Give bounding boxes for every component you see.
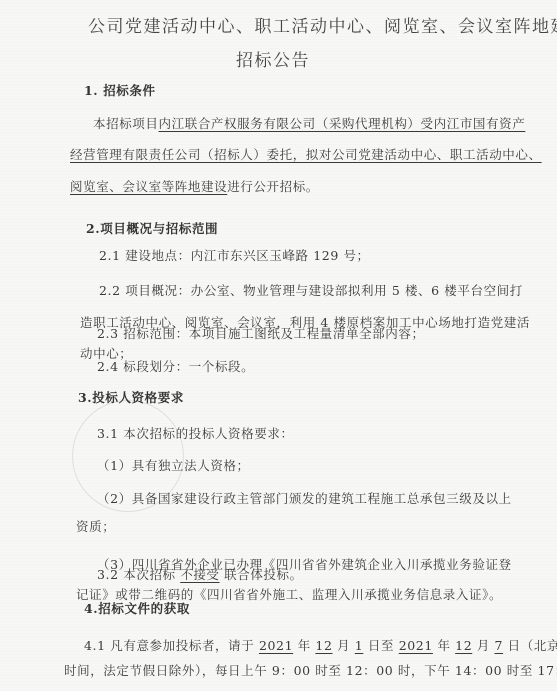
section-3-heading: 3.投标人资格要求 (78, 388, 184, 406)
title-line-2: 招标公告 (236, 46, 310, 71)
section-1-para-line-2: 经营管理有限责任公司（招标人）委托，拟对公司党建活动中心、职工活动中心、 (70, 145, 542, 163)
section-1-heading: 1. 招标条件 (84, 81, 156, 99)
section-3-req-2-line-1: （2）具备国家建设行政主管部门颁发的建筑工程施工总承包三级及以上 (97, 489, 512, 507)
section-1-para-line-1: 本招标项目内江联合产权服务有限公司（采购代理机构）受内江市国有资产 (93, 114, 525, 132)
section-3-req-1: （1）具有独立法人资格； (97, 456, 250, 474)
section-1-para-line-3: 阅览室、会议室等阵地建设进行公开招标。 (70, 177, 319, 195)
section-3-item-2: 3.2 本次招标 不接受 联合体投标。 (97, 565, 303, 583)
agency-name: 内江联合产权服务有限公司（采购代理机构）受内江市国有资产 (159, 116, 526, 131)
section-2-item-2-line-1: 2.2 项目概况：办公室、物业管理与建设部拟利用 5 楼、6 楼平台空间打 (99, 281, 523, 299)
section-2-item-1: 2.1 建设地点：内江市东兴区玉峰路 129 号； (99, 246, 370, 264)
section-2-item-4: 2.4 标段划分：一个标段。 (97, 357, 254, 375)
section-3-item-1: 3.1 本次招标的投标人资格要求： (97, 424, 294, 442)
title-line-1: 公司党建活动中心、职工活动中心、阅览室、会议室阵地建设 (88, 12, 557, 37)
document-page: 公司党建活动中心、职工活动中心、阅览室、会议室阵地建设 招标公告 1. 招标条件… (0, 0, 557, 691)
section-4-item-1-line-1: 4.1 凡有意参加投标者，请于 2021 年 12 月 1 日至 2021 年 … (84, 636, 557, 654)
section-2-item-3: 2.3 招标范围：本项目施工图纸及工程量清单全部内容； (97, 324, 425, 342)
section-2-heading: 2.项目概况与招标范围 (86, 219, 218, 237)
section-3-req-2-line-2: 资质； (76, 517, 115, 535)
section-4-heading: 4.招标文件的获取 (84, 599, 190, 617)
section-4-item-1-line-2: 时间，法定节假日除外），每日上午 9：00 时至 12：00 时，下午 14：0… (64, 661, 557, 679)
